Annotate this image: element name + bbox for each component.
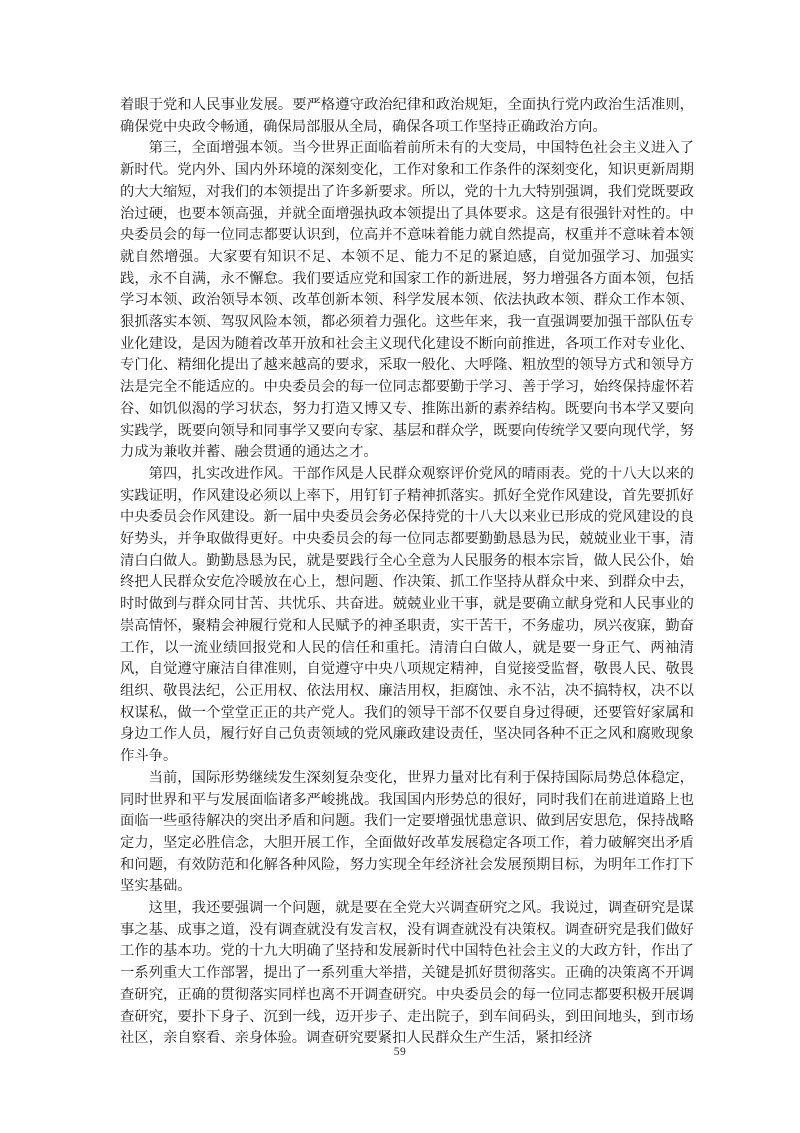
- body-paragraph: 当前，国际形势继续发生深刻复杂变化，世界力量对比有利于保持国际局势总体稳定，同时…: [120, 768, 694, 898]
- body-paragraph: 第四，扎实改进作风。干部作风是人民群众观察评价党风的晴雨表。党的十八大以来的实践…: [120, 464, 694, 768]
- page-number: 59: [0, 1046, 800, 1058]
- body-paragraph: 第三，全面增强本领。当今世界正面临着前所未有的大变局，中国特色社会主义进入了新时…: [120, 138, 694, 464]
- body-paragraph: 这里，我还要强调一个问题，就是要在全党大兴调查研究之风。我说过，调查研究是谋事之…: [120, 898, 694, 1050]
- document-page: 着眼于党和人民事业发展。要严格遵守政治纪律和政治规矩，全面执行党内政治生活准则，…: [0, 0, 800, 1133]
- body-paragraph: 着眼于党和人民事业发展。要严格遵守政治纪律和政治规矩，全面执行党内政治生活准则，…: [120, 95, 694, 138]
- page-text-block: 着眼于党和人民事业发展。要严格遵守政治纪律和政治规矩，全面执行党内政治生活准则，…: [120, 95, 694, 1050]
